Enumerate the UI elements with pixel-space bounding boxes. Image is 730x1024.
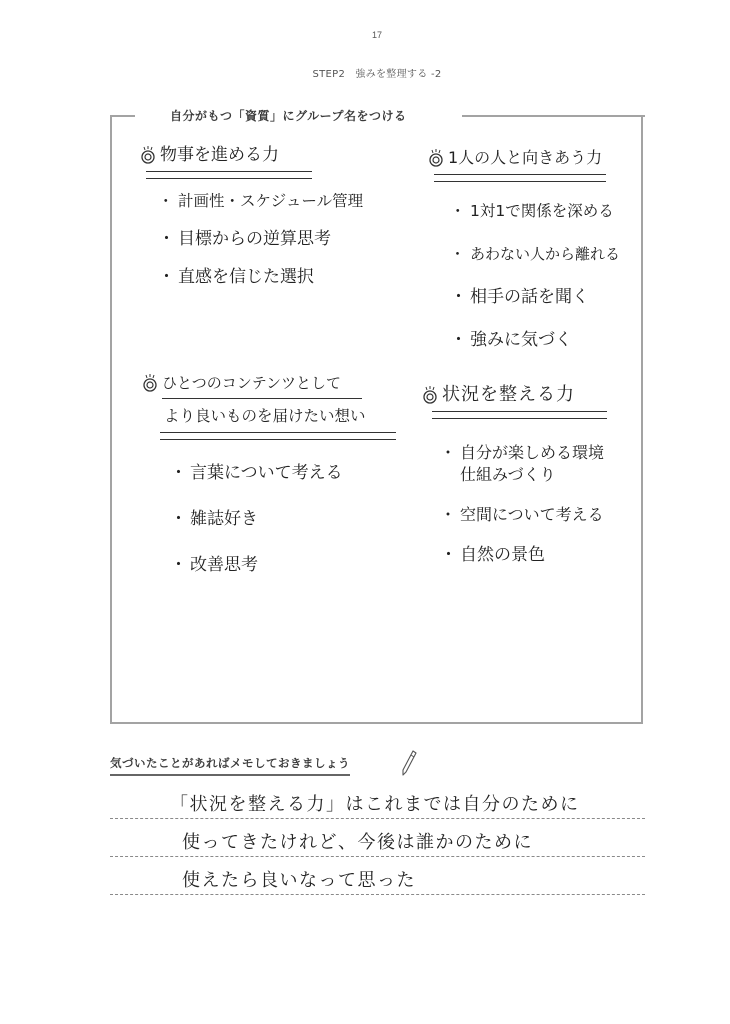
memo-line-1[interactable]: 「状況を整える力」はこれまでは自分のために [110,780,645,819]
list-item: 1対1で関係を深める [450,200,645,222]
memo-text: 使ってきたけれど、今後は誰かのために [182,828,533,854]
step-title: STEP2 強みを整理する -2 [0,65,730,80]
group-heading-text: 1人の人と向きあう力 [448,145,602,173]
box-border-top-left [110,115,135,117]
list-item: 計画性・スケジュール管理 [158,190,388,212]
list-item: 自分が楽しめる環境 仕組みづくり [440,442,640,486]
memo-line-3[interactable]: 使えたら良いなって思った [110,856,645,895]
group-heading-text: 状況を整える力 [442,382,575,410]
group-heading-text: 物事を進める力 [160,142,279,170]
pen-icon [400,750,418,780]
list-item: 雑誌好き [170,508,390,530]
target-icon [142,374,158,392]
group-card-3: ひとつのコンテンツとして より良いものを届けたい想い [142,370,402,440]
list-item: 直感を信じた選択 [158,266,388,288]
list-item: 強みに気づく [450,329,645,351]
double-underline [160,432,396,440]
group-items-1: 計画性・スケジュール管理 目標からの逆算思考 直感を信じた選択 [158,190,388,288]
memo-line-2[interactable]: 使ってきたけれど、今後は誰かのために [110,818,645,857]
group-items-4: 自分が楽しめる環境 仕組みづくり 空間について考える 自然の景色 [440,442,640,566]
group-items-3: 言葉について考える 雑誌好き 改善思考 [170,462,390,576]
list-item: 言葉について考える [170,462,390,484]
list-item: 自然の景色 [440,544,640,566]
group-heading-text: より良いものを届けたい想い [164,403,366,431]
double-underline [432,411,607,419]
memo-heading: 気づいたことがあればメモしておきましょう [110,755,350,776]
group-heading: 物事を進める力 [140,142,310,170]
group-card-2: 1人の人と向きあう力 [428,145,608,182]
box-border-top-right [462,115,645,117]
target-icon [140,146,156,164]
group-heading: ひとつのコンテンツとして [142,370,402,399]
list-item: 改善思考 [170,554,390,576]
target-icon [422,386,438,404]
box-title: 自分がもつ「資質」にグループ名をつける [170,107,407,124]
group-items-2: 1対1で関係を深める あわない人から離れる 相手の話を聞く 強みに気づく [450,200,645,351]
list-item: 空間について考える [440,504,640,526]
group-heading-line-2: より良いものを届けたい想い [164,403,402,431]
group-heading: 1人の人と向きあう力 [428,145,608,173]
page-number: 17 [0,30,730,40]
memo-text: 使えたら良いなって思った [182,866,416,892]
list-item: 相手の話を聞く [450,286,645,308]
double-underline [434,174,606,182]
group-card-4: 状況を整える力 [422,382,612,419]
memo-text: 「状況を整える力」はこれまでは自分のために [170,790,580,816]
group-card-1: 物事を進める力 [140,142,310,179]
group-heading-text: ひとつのコンテンツとして [162,370,362,399]
list-item: 目標からの逆算思考 [158,228,388,250]
group-heading: 状況を整える力 [422,382,612,410]
target-icon [428,149,444,167]
double-underline [146,171,312,179]
list-item: あわない人から離れる [450,243,645,265]
